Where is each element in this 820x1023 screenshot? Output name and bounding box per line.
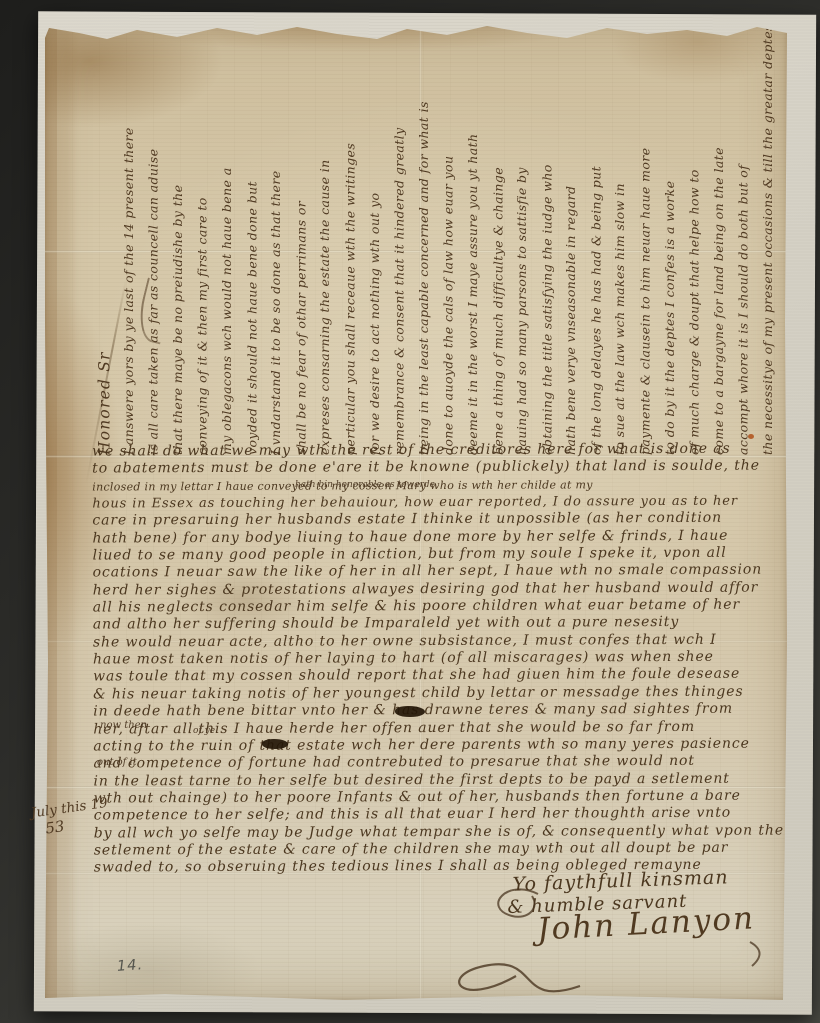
text-line: to do by it the deptes I confes is a wor… xyxy=(658,25,683,455)
text-line: remembrance & consent that it hindered g… xyxy=(388,25,413,455)
ink-blot xyxy=(262,739,288,749)
text-line: conveying of it & then my first care to xyxy=(191,25,216,455)
text-line: deeme it in the worst I maye assure you … xyxy=(461,25,486,455)
interlined-insertion: of ye xyxy=(193,726,215,736)
text-line: hath bene verye vnseasonable in regard xyxy=(559,25,584,455)
text-line: hauing had so many parsons to sattisfie … xyxy=(510,25,535,455)
text-line: to abatements must be done e'are it be k… xyxy=(92,458,786,478)
text-line: expreses consarning the estate the cause… xyxy=(313,25,338,455)
text-line: I answere yors by ye last of the 14 pres… xyxy=(117,25,142,455)
text-line: perticular you shall receaue wth the wri… xyxy=(338,25,363,455)
interlined-insertion: out of it xyxy=(97,757,137,768)
text-line: obtaining the title satisfying the iudge… xyxy=(535,25,560,455)
text-line: voyded it should not haue bene done but xyxy=(240,25,265,455)
ink-blot xyxy=(395,706,425,717)
red-wax-dot xyxy=(748,434,754,439)
photograph-of-letter: { "letter": { "rotated_lines": [ "Honore… xyxy=(0,0,820,1023)
text-line: done to auoyde the cals of law how euar … xyxy=(437,25,462,455)
text-line: paymente & clausein to him neuar haue mo… xyxy=(634,25,659,455)
photo-backdrop: Honored SrI answere yors by ye last of t… xyxy=(0,0,820,1023)
text-line: bene a thing of much difficultye & chain… xyxy=(486,25,511,455)
text-line: for we desire to act nothing wth out yo xyxy=(363,25,388,455)
text-line: to sue at the law wch makes him slow in xyxy=(608,25,633,455)
text-line: accompt whore it is I should do both but… xyxy=(732,25,757,455)
text-line: shall be no fear of othar perrimans or xyxy=(289,25,314,455)
interlined-insertion: hath bin honorable as towarde xyxy=(295,480,435,490)
folio-number: 14. xyxy=(116,957,143,975)
text-line: being in the least capable concerned and… xyxy=(412,25,437,455)
interlined-insertion: now then xyxy=(100,720,147,731)
text-line: that there maye be no preiudishe by the xyxy=(166,25,191,455)
manuscript-page: Honored SrI answere yors by ye last of t… xyxy=(45,22,787,1000)
text-line: the necessitye of my present occasions &… xyxy=(756,25,780,455)
body-text-block: we shall do what we may wth the rest of … xyxy=(92,440,788,877)
text-line: all his neglects consedar him selfe & hi… xyxy=(93,597,787,617)
rotated-text-block: Honored SrI answere yors by ye last of t… xyxy=(90,25,780,455)
text-line: come to a bargayne for land being on the… xyxy=(707,25,732,455)
text-line: Honored Sr xyxy=(91,25,118,455)
text-line: my oblegacons wch would not haue bene a xyxy=(215,25,240,455)
text-line: of the long delayes he has had & being p… xyxy=(584,25,609,455)
text-line: I vndarstand it to be so done as that th… xyxy=(264,25,289,455)
text-line: of much charge & doupt that helpe how to xyxy=(683,25,708,455)
text-line: is all care taken as far as councell can… xyxy=(142,25,167,455)
